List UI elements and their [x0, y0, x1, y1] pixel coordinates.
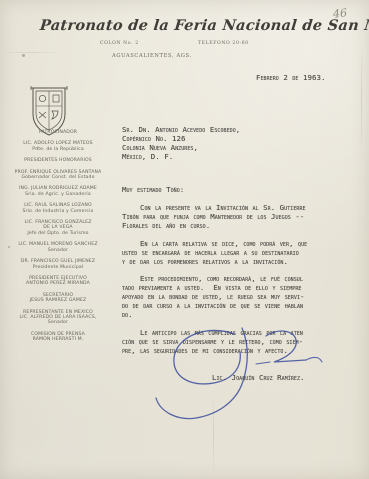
paper-crease — [0, 52, 60, 53]
official-entry: LIC. FRANCISCO GONZALEZ DE LA VEGA Jefe … — [2, 220, 114, 236]
salutation: Muy estimado Toño: — [122, 186, 184, 195]
body-paragraph: Este procedimiento, como recordará, le f… — [122, 275, 364, 320]
letterhead-city: AGUASCALIENTES, AGS. — [112, 53, 192, 59]
body-paragraph: Le anticipo las más cumplidas gracias po… — [122, 329, 364, 356]
official-entry: PATROCINADOR — [2, 130, 114, 135]
date-line: Febrero 2 de 1963. — [256, 74, 325, 83]
body-paragraph: En la carta relativa se dice, como podrá… — [122, 240, 364, 267]
letterhead-organization-name: Patronato de la Feria Nacional de San Ma… — [39, 17, 331, 34]
official-entry: LIC. RAUL SALINAS LOZANO Srio. de Indust… — [2, 203, 114, 214]
official-entry: PRESIDENTE EJECUTIVO ANTONIO PEREZ MIRAN… — [2, 276, 114, 287]
letterhead-officials-list: PATROCINADORLIC. ADOLFO LOPEZ MATEOS Pdt… — [2, 130, 114, 349]
letter-body: Con la presente va la Invitación al Sr. … — [122, 204, 364, 365]
paper-crease — [361, 40, 362, 160]
official-entry: LIC. ADOLFO LOPEZ MATEOS Pdte. de la Rep… — [2, 141, 114, 152]
letterhead-phone: TELEFONO 20-60 — [198, 41, 249, 46]
official-entry: ING. JULIAN RODRIGUEZ ADAME Srio. de Agr… — [2, 186, 114, 197]
letterhead-address: COLON No. 2 — [100, 41, 139, 46]
body-paragraph: Con la presente va la Invitación al Sr. … — [122, 204, 364, 231]
official-entry: PRESIDENTES HONORARIOS — [2, 158, 114, 163]
official-entry: DR. FRANCISCO GUEL JIMENEZ Presidente Mu… — [2, 259, 114, 270]
official-entry: REPRESENTANTE EN MEXICO LIC. ALFREDO DE … — [2, 310, 114, 326]
official-entry: LIC. MANUEL MORENO SANCHEZ Senador — [2, 242, 114, 253]
paper-crease — [213, 390, 214, 475]
paper-speck — [22, 54, 25, 57]
official-entry: COMISION DE PRENSA RAMON HERRASTI M. — [2, 332, 114, 343]
scanned-letter-page: 46 Patronato de la Feria Nacional de San… — [0, 0, 369, 479]
recipient-address-block: Sr. Dn. Antonio Acevedo Escobedo, Copérn… — [122, 126, 240, 162]
signatory-typed-name: Lic. Joaquín Cruz Ramírez. — [212, 374, 305, 383]
official-entry: PROF. ENRIQUE OLIVARES SANTANA Gobernado… — [2, 170, 114, 181]
official-entry: SECRETARIO JESUS RAMIREZ GAMEZ — [2, 293, 114, 304]
